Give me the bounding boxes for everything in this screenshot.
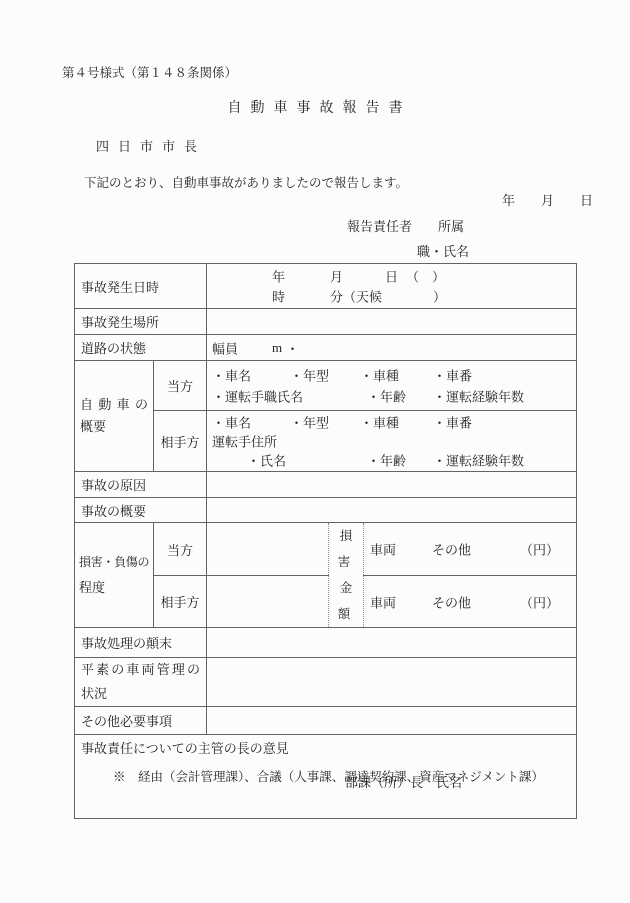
vehicle-management-label-line1: 平素の車両管理の bbox=[81, 658, 206, 682]
row-vehicle-management: 平素の車両管理の 状況 bbox=[75, 658, 577, 707]
road-width-label: 幅員 bbox=[212, 338, 238, 357]
other-items-label: その他必要事項 bbox=[75, 707, 207, 735]
damage-amount-label: 損害 金額 bbox=[329, 523, 364, 628]
damage-degree-label-line1: 損害・負傷の bbox=[79, 549, 153, 575]
meter-unit-label: m bbox=[272, 340, 282, 356]
row-vehicle-own: 自動車の 概要 当方 ・車名 ・年型 ・車種 ・車番 ・運転手職氏名 ・年齢 ・… bbox=[75, 361, 577, 411]
driver-age-label: ・年齢 bbox=[367, 451, 406, 470]
year-label: 年 bbox=[272, 267, 285, 286]
report-date-line: 年 月 日 bbox=[502, 194, 593, 209]
yen-unit-label: （円） bbox=[520, 540, 559, 559]
vehicle-damage-label: 車両 bbox=[370, 592, 396, 611]
addressee-mayor: 四日市市長 bbox=[96, 140, 206, 155]
car-year-label: ・年型 bbox=[290, 366, 329, 385]
intro-text: 下記のとおり、自動車事故がありましたので報告します。 bbox=[84, 176, 408, 190]
form-number: 第４号様式（第１４８条関係） bbox=[62, 66, 237, 80]
car-type-label: ・車種 bbox=[360, 366, 399, 385]
accident-summary-label: 事故の概要 bbox=[75, 498, 207, 523]
damage-other-party-label: 相手方 bbox=[154, 576, 207, 628]
row-accident-handling: 事故処理の顛末 bbox=[75, 628, 577, 658]
accident-location-label: 事故発生場所 bbox=[75, 309, 207, 335]
road-condition-line: 幅員 m ・ bbox=[207, 338, 576, 358]
vehicle-summary-label-line1: 自動車の bbox=[80, 394, 148, 416]
driving-experience-label: ・運転経験年数 bbox=[433, 387, 524, 406]
weather-paren-close: ） bbox=[433, 287, 446, 306]
row-other-items: その他必要事項 bbox=[75, 707, 577, 735]
vehicle-management-label: 平素の車両管理の 状況 bbox=[75, 658, 207, 707]
vehicle-damage-label: 車両 bbox=[370, 540, 396, 559]
car-number-label: ・車番 bbox=[433, 366, 472, 385]
vehicle-other-line2: 運転手住所 bbox=[207, 432, 576, 451]
damage-degree-label-line2: 程度 bbox=[79, 575, 153, 601]
damage-amount-label-line1: 損害 bbox=[329, 523, 363, 575]
car-name-label: ・車名 bbox=[212, 366, 251, 385]
vehicle-management-field bbox=[207, 658, 577, 707]
vehicle-other-party-label: 相手方 bbox=[154, 411, 207, 472]
accident-cause-field bbox=[207, 472, 577, 498]
supervisor-opinion-label: 事故責任についての主管の長の意見 bbox=[75, 735, 576, 758]
weekday-parens: （ ） bbox=[406, 267, 445, 286]
damage-own-description-field bbox=[207, 523, 329, 576]
vehicle-other-line3: ・氏名 ・年齢 ・運転経験年数 bbox=[207, 451, 576, 470]
road-condition-label: 道路の状態 bbox=[75, 335, 207, 361]
vehicle-own-line1: ・車名 ・年型 ・車種 ・車番 bbox=[207, 365, 576, 386]
accident-handling-field bbox=[207, 628, 577, 658]
month-label: 月 bbox=[330, 267, 343, 286]
row-damage-own: 損害・負傷の 程度 当方 損害 金額 車両 その他 （円） bbox=[75, 523, 577, 576]
driver-name-label: ・運転手職氏名 bbox=[212, 387, 303, 406]
damage-own-party-label: 当方 bbox=[154, 523, 207, 576]
car-name-label: ・車名 bbox=[212, 413, 251, 432]
row-road-condition: 道路の状態 幅員 m ・ bbox=[75, 335, 577, 361]
reporter-name-line: 職・氏名 bbox=[417, 245, 469, 260]
vehicle-own-field: ・車名 ・年型 ・車種 ・車番 ・運転手職氏名 ・年齢 ・運転経験年数 bbox=[207, 361, 577, 411]
accident-report-page: 第４号様式（第１４８条関係） 自動車事故報告書 四日市市長 下記のとおり、自動車… bbox=[0, 0, 630, 903]
reporter-affiliation-line: 報告責任者 所属 bbox=[347, 220, 464, 235]
car-type-label: ・車種 bbox=[360, 413, 399, 432]
damage-other-description-field bbox=[207, 576, 329, 628]
driver-address-label: 運転手住所 bbox=[212, 432, 277, 451]
routing-footnote: ※ 経由（会計管理課）、合議（人事課、調達契約課、資産マネジメント課） bbox=[113, 770, 544, 784]
yen-unit-label: （円） bbox=[520, 592, 559, 611]
other-items-field bbox=[207, 707, 577, 735]
datetime-line-date: 年 月 日 （ ） bbox=[207, 266, 576, 286]
damage-amount-label-line2: 金額 bbox=[329, 575, 363, 627]
row-accident-summary: 事故の概要 bbox=[75, 498, 577, 523]
vehicle-other-field: ・車名 ・年型 ・車種 ・車番 運転手住所 ・氏名 ・年齢 ・運転経験年数 bbox=[207, 411, 577, 472]
damage-other-amount-field: 車両 その他 （円） bbox=[364, 576, 577, 628]
vehicle-other-line1: ・車名 ・年型 ・車種 ・車番 bbox=[207, 413, 576, 432]
vehicle-own-line2: ・運転手職氏名 ・年齢 ・運転経験年数 bbox=[207, 386, 576, 407]
accident-cause-label: 事故の原因 bbox=[75, 472, 207, 498]
driver-age-label: ・年齢 bbox=[367, 387, 406, 406]
accident-datetime-field: 年 月 日 （ ） 時 分（天候 ） bbox=[207, 264, 577, 309]
damage-own-amount-field: 車両 その他 （円） bbox=[364, 523, 577, 576]
accident-handling-label: 事故処理の顛末 bbox=[75, 628, 207, 658]
row-accident-cause: 事故の原因 bbox=[75, 472, 577, 498]
document-title: 自動車事故報告書 bbox=[0, 101, 630, 117]
row-accident-datetime: 事故発生日時 年 月 日 （ ） 時 分（天候 ） bbox=[75, 264, 577, 309]
road-middot: ・ bbox=[286, 338, 299, 357]
accident-location-field bbox=[207, 309, 577, 335]
damage-degree-label: 損害・負傷の 程度 bbox=[75, 523, 154, 628]
accident-datetime-label: 事故発生日時 bbox=[75, 264, 207, 309]
minute-weather-label: 分（天候 bbox=[330, 287, 382, 306]
other-damage-label: その他 bbox=[432, 540, 471, 559]
hour-label: 時 bbox=[272, 287, 285, 306]
vehicle-management-label-line2: 状況 bbox=[81, 682, 206, 706]
vehicle-summary-label: 自動車の 概要 bbox=[75, 361, 154, 472]
vehicle-own-party-label: 当方 bbox=[154, 361, 207, 411]
accident-summary-field bbox=[207, 498, 577, 523]
road-condition-field: 幅員 m ・ bbox=[207, 335, 577, 361]
driver-name-label: ・氏名 bbox=[247, 451, 286, 470]
car-number-label: ・車番 bbox=[433, 413, 472, 432]
other-damage-label: その他 bbox=[432, 592, 471, 611]
accident-report-table: 事故発生日時 年 月 日 （ ） 時 分（天候 ） 事故発生場所 bbox=[74, 263, 577, 819]
row-accident-location: 事故発生場所 bbox=[75, 309, 577, 335]
driving-experience-label: ・運転経験年数 bbox=[433, 451, 524, 470]
vehicle-summary-label-line2: 概要 bbox=[80, 416, 148, 438]
car-year-label: ・年型 bbox=[290, 413, 329, 432]
datetime-line-time: 時 分（天候 ） bbox=[207, 286, 576, 306]
day-label: 日 bbox=[385, 267, 398, 286]
